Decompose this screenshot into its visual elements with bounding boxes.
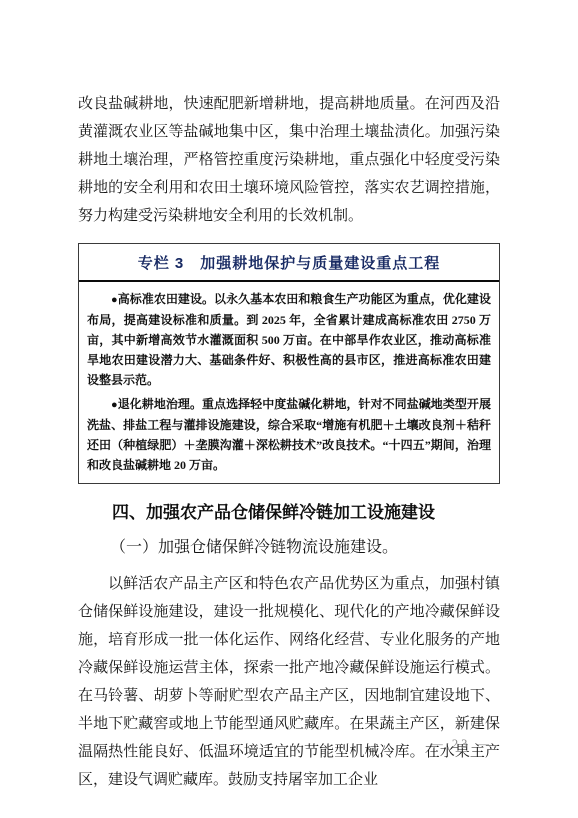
bullet-icon: ● [111,399,118,411]
column-box-body: ●高标准农田建设。以永久基本农田和粮食生产功能区为重点，优化建设布局，提高建设标… [79,282,499,483]
document-page: 改良盐碱耕地，快速配肥新增耕地，提高耕地质量。在河西及沿黄灌溉农业区等盐碱地集中… [0,0,578,818]
box-item-degraded-farmland: ●退化耕地治理。重点选择轻中度盐碱化耕地，针对不同盐碱地类型开展洗盐、排盐工程与… [87,394,491,475]
paragraph-body: 以鲜活农产品主产区和特色农产品优势区为重点，加强村镇仓储保鲜设施建设，建设一批规… [78,570,500,794]
box-item-text: 以永久基本农田和粮食生产功能区为重点，优化建设布局，提高建设标准和质量。到 20… [87,292,491,387]
box-item-high-standard-farmland: ●高标准农田建设。以永久基本农田和粮食生产功能区为重点，优化建设布局，提高建设标… [87,289,491,390]
paragraph-continuation: 改良盐碱耕地，快速配肥新增耕地，提高耕地质量。在河西及沿黄灌溉农业区等盐碱地集中… [78,90,500,230]
column-box-title: 专栏 3 加强耕地保护与质量建设重点工程 [138,255,441,272]
subsection-heading: （一）加强仓储保鲜冷链物流设施建设。 [78,536,500,560]
page-number: — 23 — [430,737,492,752]
column-box-3: 专栏 3 加强耕地保护与质量建设重点工程 ●高标准农田建设。以永久基本农田和粮食… [78,243,500,484]
box-item-lead: 退化耕地治理。 [118,397,202,411]
column-box-header: 专栏 3 加强耕地保护与质量建设重点工程 [79,244,499,282]
bullet-icon: ● [111,294,118,306]
section-heading: 四、加强农产品仓储保鲜冷链加工设施建设 [78,501,500,525]
box-item-lead: 高标准农田建设。 [118,292,214,306]
